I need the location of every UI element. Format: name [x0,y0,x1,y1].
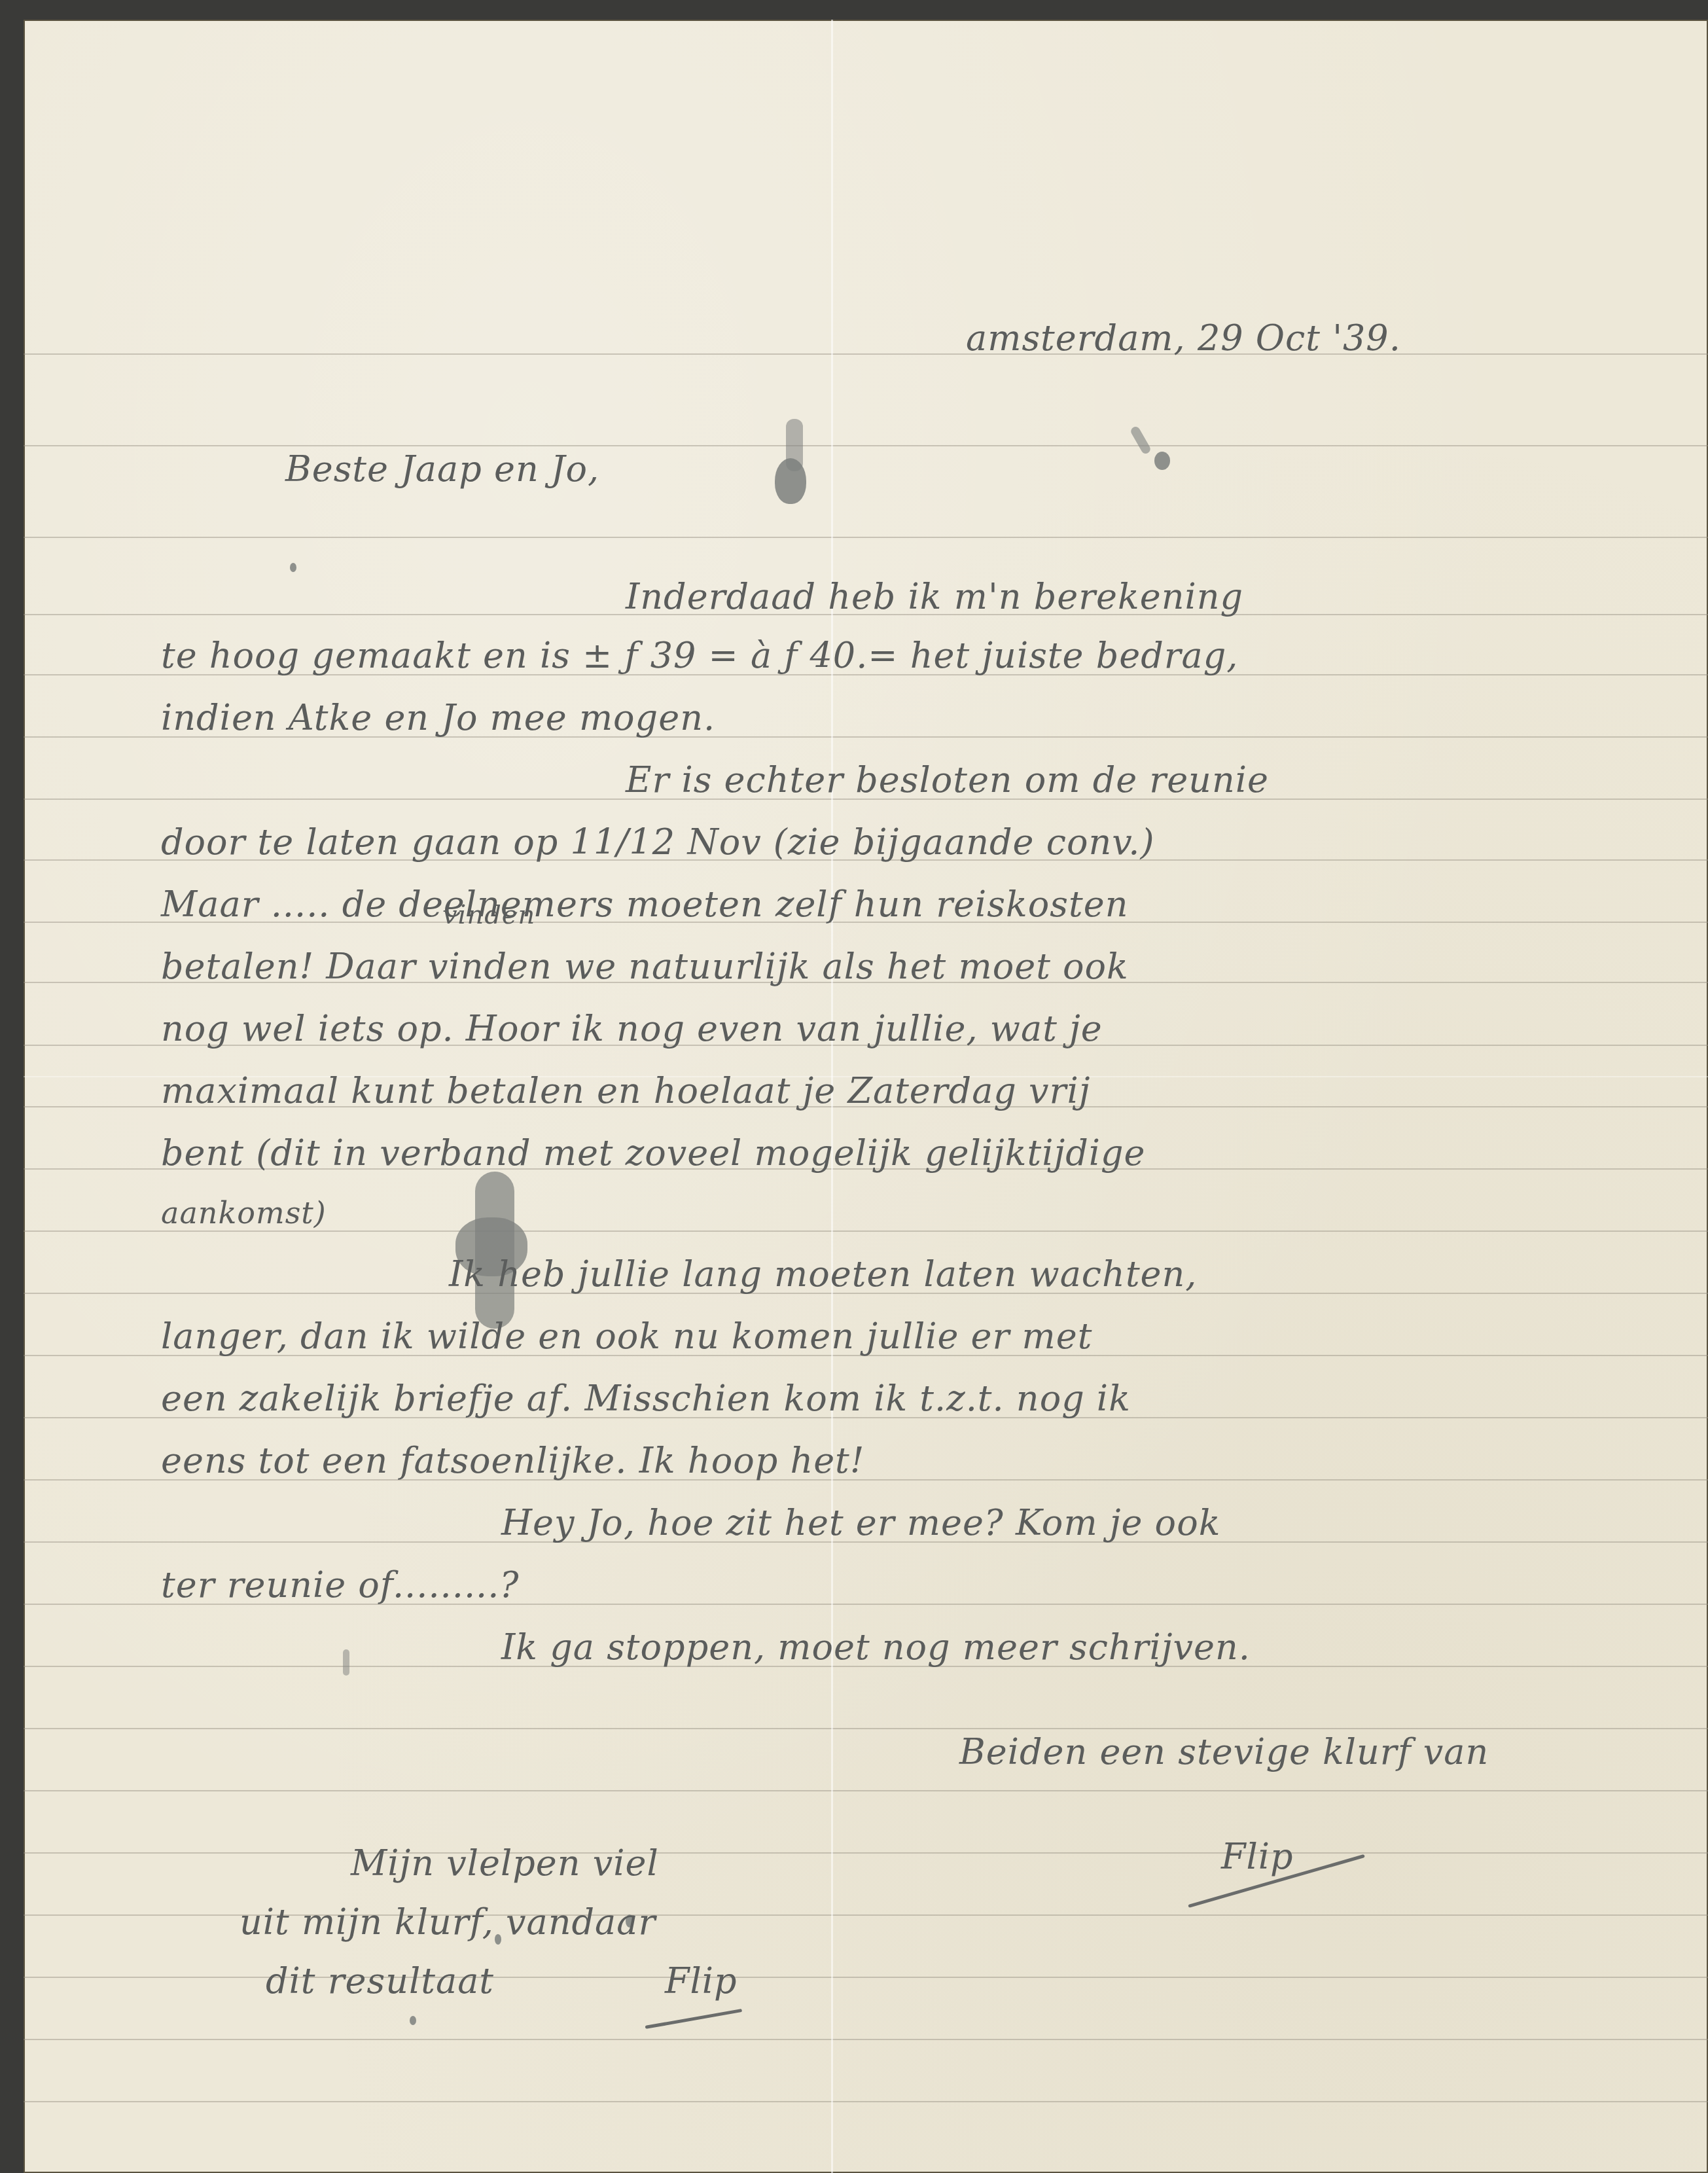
salutation: Beste Jaap en Jo, [285,452,599,487]
ruled-line [24,1852,1708,1854]
body-line: indien Atke en Jo mee mogen. [161,700,715,736]
inserted-correction: vinden [442,902,535,928]
body-line: maximaal kunt betalen en hoelaat je Zate… [161,1073,1090,1109]
ink-dot [290,563,296,572]
postscript-signature: Flip [665,1964,738,1999]
ink-drip [343,1649,349,1676]
ink-blot [1154,452,1170,470]
ink-dot [410,2016,416,2025]
ruled-line [24,1790,1708,1791]
body-line: Er is echter besloten om de reunie [626,763,1269,798]
body-line: Ik heb jullie lang moeten laten wachten, [449,1257,1198,1292]
postscript-line: dit resultaat [266,1964,494,1999]
ruled-line [24,2039,1708,2040]
ink-blot [1130,425,1152,456]
postscript-line: uit mijn klurf, vandaar [240,1905,656,1940]
body-line: Maar ..... de deelnemers moeten zelf hun… [161,887,1128,922]
body-line: Inderdaad heb ik m'n berekening [626,579,1243,615]
ruled-line [24,537,1708,538]
body-line: bent (dit in verband met zoveel mogelijk… [161,1136,1146,1171]
ruled-line [24,353,1708,355]
ruled-line [24,2101,1708,2102]
body-line: aankomst) [161,1198,327,1228]
ruled-line [24,1728,1708,1729]
body-line: betalen! Daar vinden we natuurlijk als h… [161,949,1129,984]
body-line: eens tot een fatsoenlijke. Ik hoop het! [161,1443,865,1479]
place-date: amsterdam, 29 Oct '39. [966,321,1401,356]
ruled-line [24,445,1708,446]
body-line: ter reunie of.........? [161,1568,519,1603]
body-line: Hey Jo, hoe zit het er mee? Kom je ook [501,1505,1220,1541]
letter-paper: amsterdam, 29 Oct '39. Beste Jaap en Jo,… [24,20,1708,2173]
postscript-signature-underline [645,2009,743,2029]
postscript-line: Mijn vlelpen viel [351,1846,659,1881]
body-line: nog wel iets op. Hoor ik nog even van ju… [161,1011,1103,1047]
ruled-line [24,1230,1708,1232]
body-line: Ik ga stoppen, moet nog meer schrijven. [501,1630,1251,1665]
body-line: langer, dan ik wilde en ook nu komen jul… [161,1319,1092,1354]
ink-blot [775,458,806,504]
body-line: door te laten gaan op 11/12 Nov (zie bij… [161,825,1155,860]
body-line: te hoog gemaakt en is ± ƒ 39 = à ƒ 40.= … [161,638,1239,673]
body-line: een zakelijk briefje af. Misschien kom i… [161,1381,1131,1416]
closing: Beiden een stevige klurf van [959,1734,1489,1770]
signature: Flip [1221,1839,1294,1875]
